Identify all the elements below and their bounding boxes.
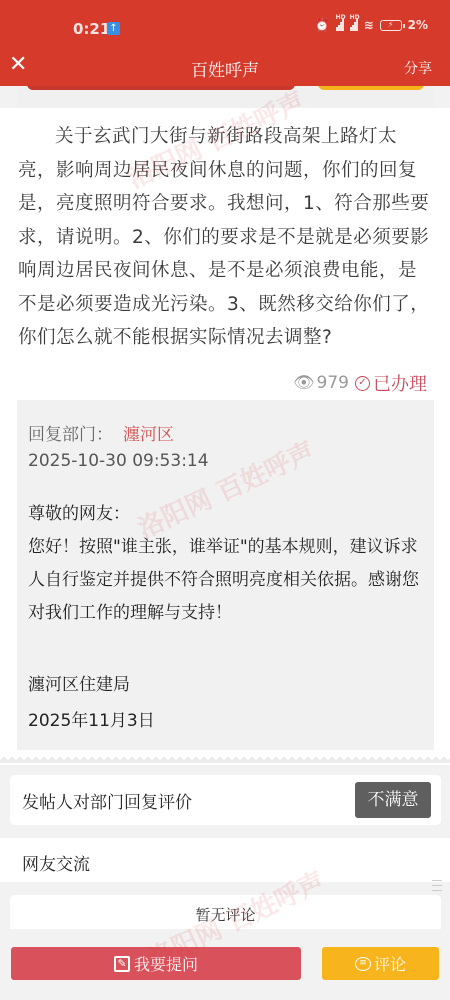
reply-body: 尊敬的网友： 您好！按照"谁主张，谁举证"的基本规则，建议诉求人自行鉴定并提供不… xyxy=(28,498,428,630)
reply-sign-date: 2025年11月3日 xyxy=(28,703,155,739)
question-meta: 👁 979 ✓ 已办理 xyxy=(293,370,427,396)
reply-datetime: 2025-10-30 09:53:14 xyxy=(28,451,209,471)
reply-dept-label: 回复部门： xyxy=(28,425,113,445)
reply-greeting: 尊敬的网友： xyxy=(28,498,428,531)
evaluation-row: 发帖人对部门回复评价 不满意 xyxy=(10,775,441,825)
check-circle-icon: ✓ xyxy=(355,376,370,391)
signal-icon-2: HD xyxy=(350,19,358,31)
battery-percent: 2% xyxy=(408,18,428,32)
comments-section-label: 网友交流 xyxy=(22,850,90,875)
comment-bubble-icon: ≡ xyxy=(355,957,371,971)
comments-header: 网友交流 xyxy=(0,838,450,882)
reply-content: 您好！按照"谁主张，谁举证"的基本规则，建议诉求人自行鉴定并提供不符合照明亮度相… xyxy=(28,531,428,630)
nav-bar: ✕ 百姓呼声 分享 xyxy=(0,48,450,86)
eye-icon: 👁 xyxy=(293,373,315,393)
reply-dept-name[interactable]: 瀍河区 xyxy=(123,425,174,445)
top-action-card xyxy=(17,86,434,108)
status-badge: 已办理 xyxy=(373,370,427,396)
drag-handle-icon[interactable] xyxy=(432,880,442,896)
status-bar: 0:21 ↑ ⏰ HD HD ≋ ⚡ 2% xyxy=(0,0,450,46)
reply-card: 回复部门：瀍河区 2025-10-30 09:53:14 尊敬的网友： 您好！按… xyxy=(17,400,434,750)
comments-empty-state: 暂无评论 xyxy=(10,895,441,929)
status-icons: ⏰ HD HD ≋ ⚡ 2% xyxy=(315,18,428,32)
app-header: 0:21 ↑ ⏰ HD HD ≋ ⚡ 2% ✕ 百姓呼声 分享 xyxy=(0,0,450,86)
signal-icon-1: HD xyxy=(336,19,344,31)
share-button[interactable]: 分享 xyxy=(404,58,432,78)
page-title: 百姓呼声 xyxy=(0,56,450,81)
evaluation-label: 发帖人对部门回复评价 xyxy=(22,788,192,813)
status-time: 0:21 xyxy=(73,20,110,38)
comment-button[interactable]: ≡ 评论 xyxy=(322,947,439,980)
question-section: 关于玄武门大街与新街路段高架上路灯太亮，影响周边居民夜间休息的问题，你们的回复是… xyxy=(0,108,450,398)
upload-icon: ↑ xyxy=(107,22,120,35)
wifi-icon: ≋ xyxy=(364,18,374,32)
view-count: 979 xyxy=(317,373,349,393)
question-text: 关于玄武门大街与新街路段高架上路灯太亮，影响周边居民夜间休息的问题，你们的回复是… xyxy=(18,120,430,355)
reply-signature: 瀍河区住建局 xyxy=(28,667,155,703)
battery-icon: ⚡ xyxy=(380,20,402,31)
reply-section: 回复部门：瀍河区 2025-10-30 09:53:14 尊敬的网友： 您好！按… xyxy=(0,398,450,755)
alarm-icon: ⏰ xyxy=(315,18,330,32)
comment-label: 评论 xyxy=(374,952,406,975)
bottom-action-bar: ✎ 我要提问 ≡ 评论 xyxy=(0,929,450,1000)
ask-question-button[interactable]: ✎ 我要提问 xyxy=(11,947,301,980)
zigzag-divider xyxy=(0,755,450,765)
empty-comments-text: 暂无评论 xyxy=(10,904,441,925)
edit-icon: ✎ xyxy=(114,956,130,972)
evaluation-badge: 不满意 xyxy=(355,782,431,818)
ask-question-label: 我要提问 xyxy=(134,952,198,975)
reply-signature-block: 瀍河区住建局 2025年11月3日 xyxy=(28,667,155,739)
reply-dept: 回复部门：瀍河区 xyxy=(28,420,174,445)
